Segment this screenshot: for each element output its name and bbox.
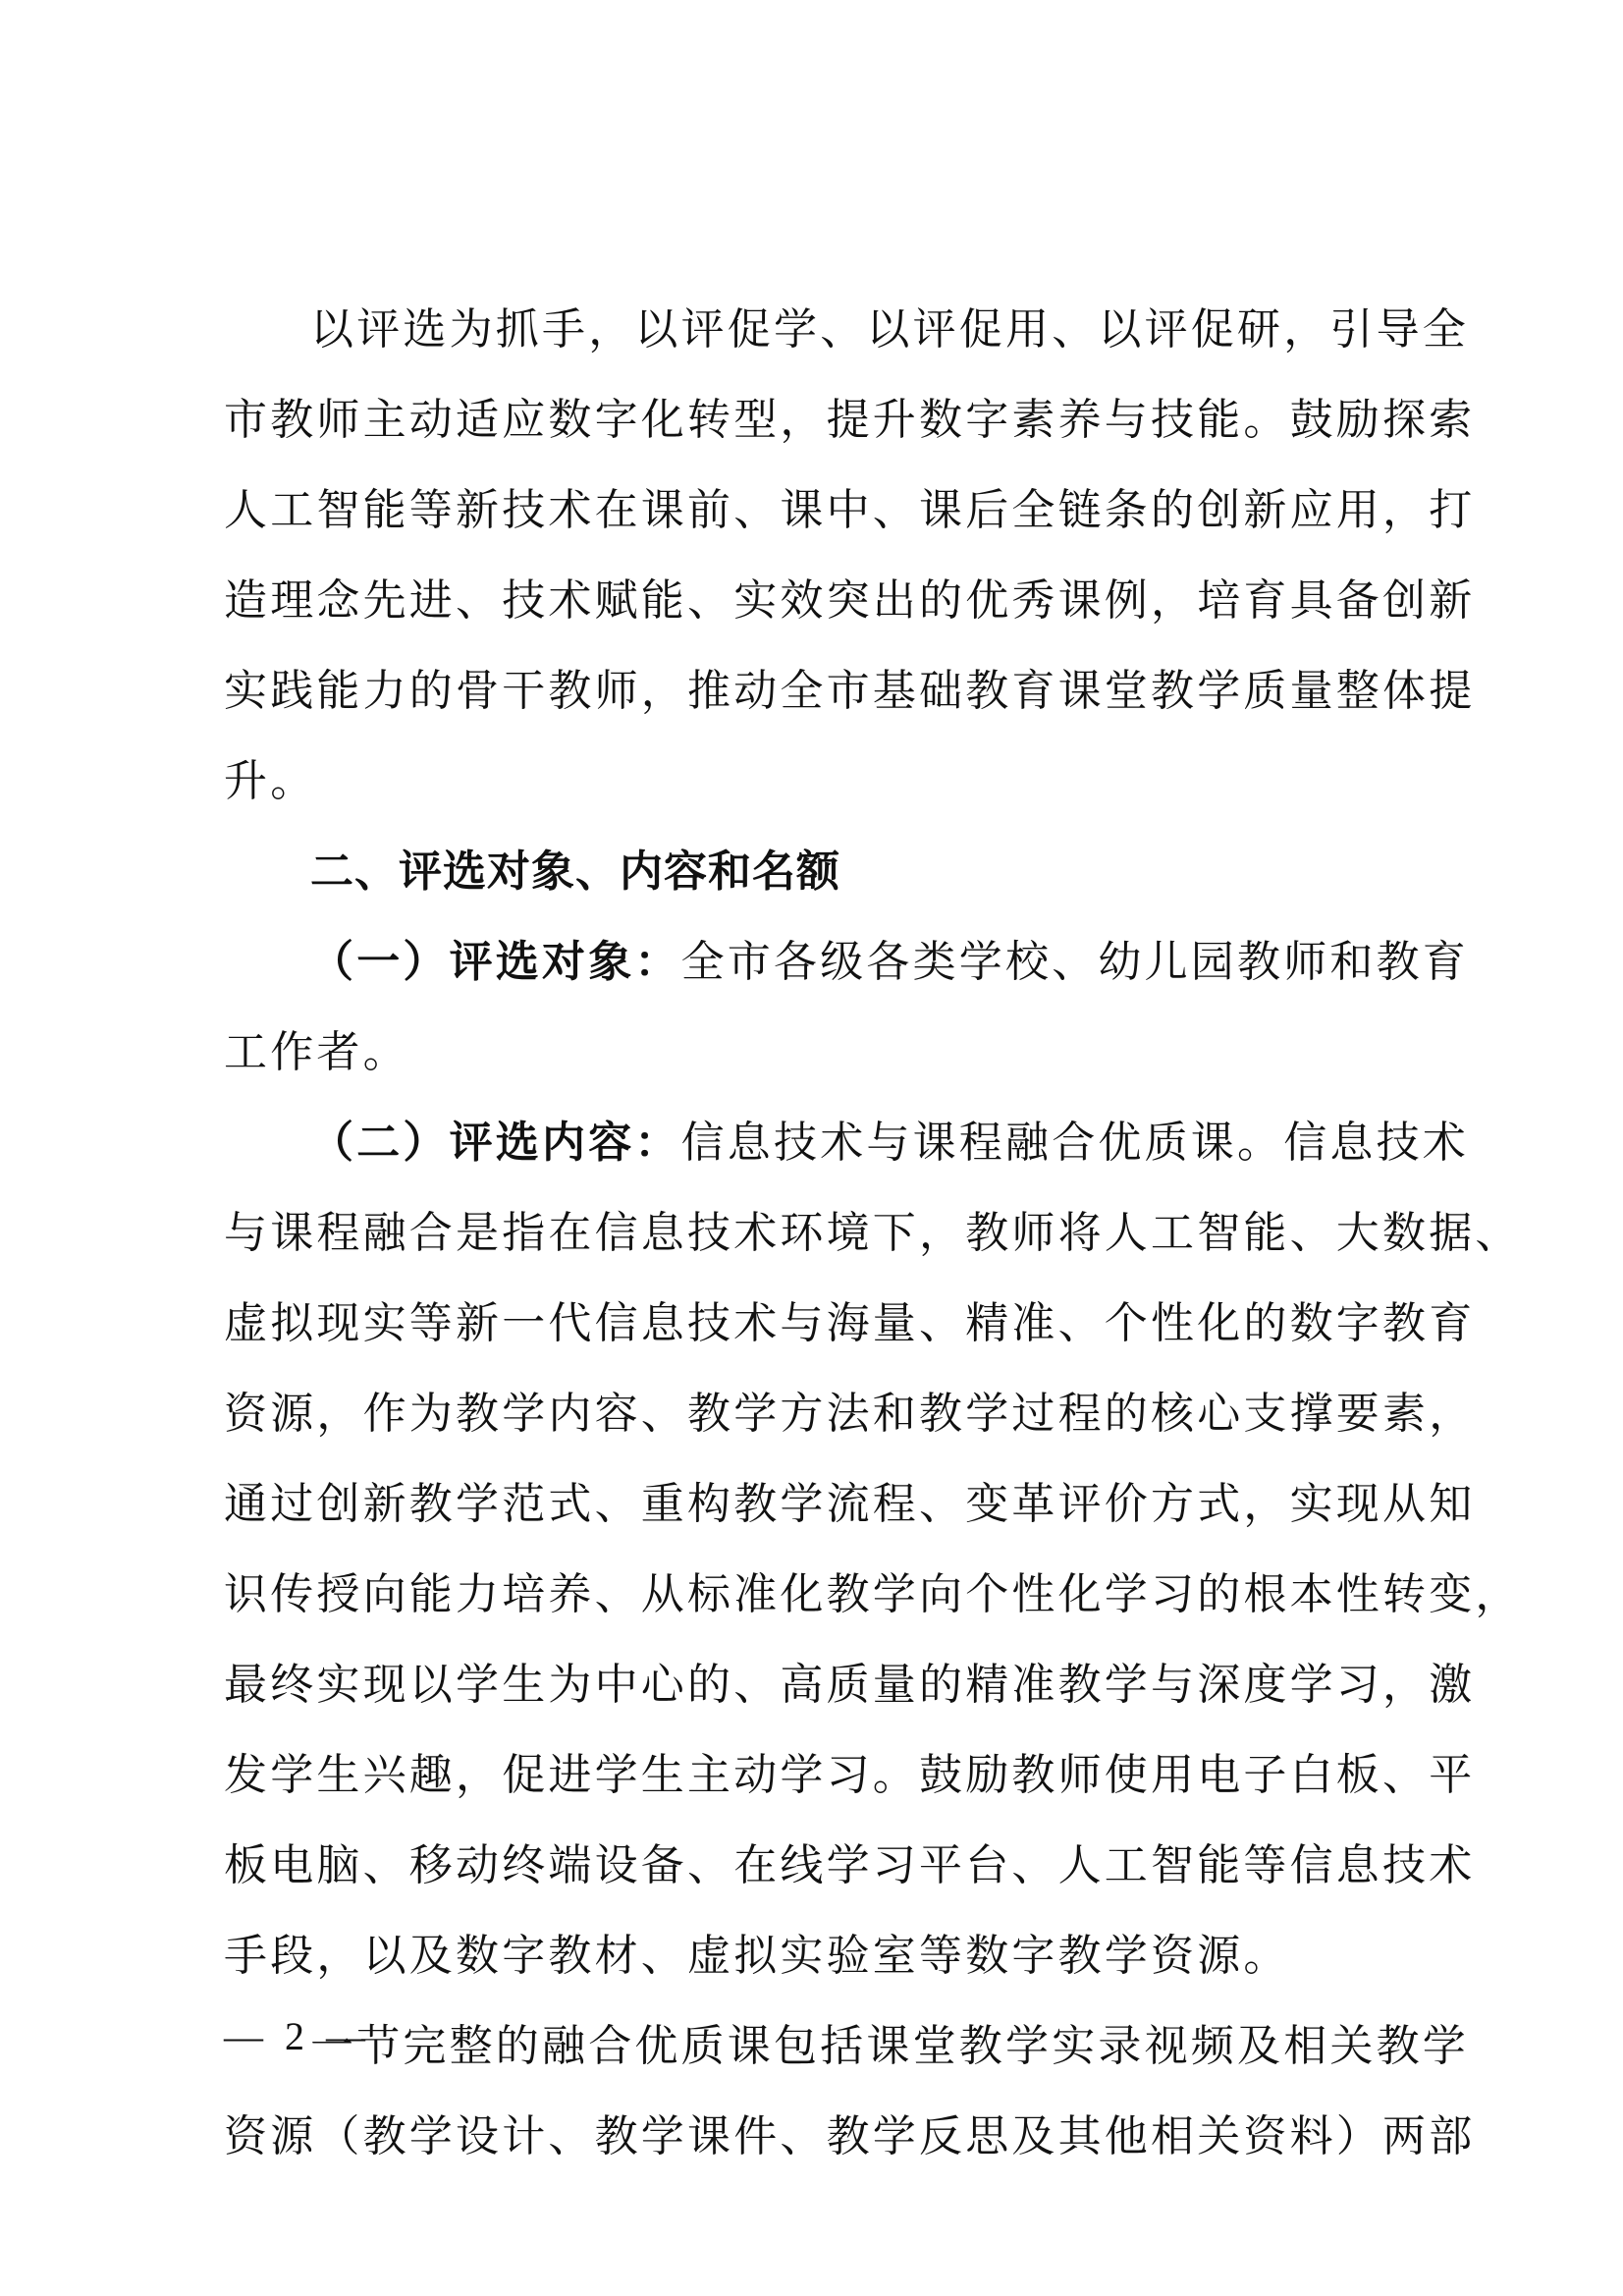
item-label: （二）评选内容： xyxy=(310,1118,681,1168)
text-line: 资源（教学设计、教学课件、教学反思及其他相关资料）两部 xyxy=(224,2092,1414,2182)
text-line: 通过创新教学范式、重构教学流程、变革评价方式，实现从知 xyxy=(224,1459,1414,1550)
text-line: 实践能力的骨干教师，推动全市基础教育课堂教学质量整体提 xyxy=(224,646,1414,737)
document-page: 以评选为抓手，以评促学、以评促用、以评促研，引导全 市教师主动适应数字化转型，提… xyxy=(224,285,1414,2182)
text-line: 资源，作为教学内容、教学方法和教学过程的核心支撑要素， xyxy=(224,1369,1414,1459)
text-line: 板电脑、移动终端设备、在线学习平台、人工智能等信息技术 xyxy=(224,1821,1414,1911)
page-number: — 2 — xyxy=(224,2013,371,2059)
text-line: （二）评选内容：信息技术与课程融合优质课。信息技术 xyxy=(224,1098,1414,1188)
item-label: （一）评选对象： xyxy=(310,937,681,987)
text-line: （一）评选对象：全市各级各类学校、幼儿园教师和教育 xyxy=(224,917,1414,1008)
text-line: 识传授向能力培养、从标准化教学向个性化学习的根本性转变， xyxy=(224,1550,1414,1640)
paragraph-evaluation-target: （一）评选对象：全市各级各类学校、幼儿园教师和教育 工作者。 xyxy=(224,917,1414,1098)
text-line: 工作者。 xyxy=(224,1008,1414,1098)
item-text: 全市各级各类学校、幼儿园教师和教育 xyxy=(681,937,1469,987)
text-line: 一节完整的融合优质课包括课堂教学实录视频及相关教学 xyxy=(224,2001,1414,2092)
item-text: 信息技术与课程融合优质课。信息技术 xyxy=(681,1118,1469,1168)
text-line: 最终实现以学生为中心的、高质量的精准教学与深度学习，激 xyxy=(224,1640,1414,1730)
text-line: 人工智能等新技术在课前、课中、课后全链条的创新应用，打 xyxy=(224,465,1414,556)
paragraph-purpose: 以评选为抓手，以评促学、以评促用、以评促研，引导全 市教师主动适应数字化转型，提… xyxy=(224,285,1414,827)
paragraph-lesson-composition: 一节完整的融合优质课包括课堂教学实录视频及相关教学 资源（教学设计、教学课件、教… xyxy=(224,2001,1414,2182)
text-line: 升。 xyxy=(224,737,1414,827)
text-line: 市教师主动适应数字化转型，提升数字素养与技能。鼓励探索 xyxy=(224,375,1414,465)
text-line: 虚拟现实等新一代信息技术与海量、精准、个性化的数字教育 xyxy=(224,1279,1414,1369)
text-line: 与课程融合是指在信息技术环境下，教师将人工智能、大数据、 xyxy=(224,1188,1414,1279)
text-line: 手段，以及数字教材、虚拟实验室等数字教学资源。 xyxy=(224,1911,1414,2001)
text-line: 发学生兴趣，促进学生主动学习。鼓励教师使用电子白板、平 xyxy=(224,1730,1414,1821)
text-line: 以评选为抓手，以评促学、以评促用、以评促研，引导全 xyxy=(224,285,1414,375)
text-line: 造理念先进、技术赋能、实效突出的优秀课例，培育具备创新 xyxy=(224,556,1414,646)
paragraph-evaluation-content: （二）评选内容：信息技术与课程融合优质课。信息技术 与课程融合是指在信息技术环境… xyxy=(224,1098,1414,2001)
section-heading: 二、评选对象、内容和名额 xyxy=(224,827,1414,917)
